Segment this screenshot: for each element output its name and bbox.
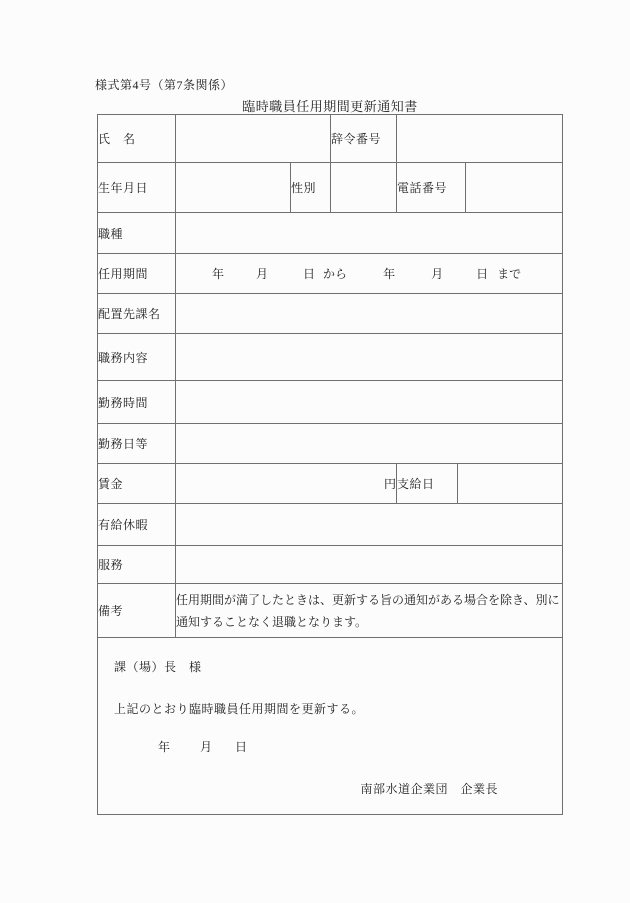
name-value-cell — [176, 115, 331, 163]
gender-value-cell — [331, 163, 397, 213]
payday-value-cell — [458, 464, 563, 504]
footer-date-year-text: 年 — [158, 738, 170, 755]
label-wage: 賃金 — [98, 464, 176, 504]
remarks-line-1: 任用期間が満了したときは、更新する旨の通知がある場合を除き、別に — [176, 589, 562, 611]
period-from-day-text: 日 — [303, 265, 315, 282]
paid-leave-value-cell — [176, 504, 563, 546]
label-paid-leave: 有給休暇 — [98, 504, 176, 546]
label-jobtype: 職種 — [98, 213, 176, 254]
label-payday: 支給日 — [397, 464, 458, 504]
birthdate-value-cell — [176, 163, 291, 213]
label-appointment-period: 任用期間 — [98, 254, 176, 294]
service-value-cell — [176, 546, 563, 584]
working-hours-value-cell — [176, 381, 563, 424]
label-working-days: 勤務日等 — [98, 424, 176, 464]
footer-cell: 課（場）長 様 上記のとおり臨時職員任用期間を更新する。 年 月 日 南部水道企… — [98, 638, 563, 815]
renewal-statement-text: 上記のとおり臨時職員任用期間を更新する。 — [114, 700, 364, 717]
form-number-text: 様式第4号（第7条関係） — [95, 76, 233, 93]
table-row-appointment-period: 任用期間 年 月 日 から 年 月 日 まで — [98, 254, 563, 294]
working-days-value-cell — [176, 424, 563, 464]
label-assigned-section: 配置先課名 — [98, 294, 176, 334]
table-row-working-hours: 勤務時間 — [98, 381, 563, 424]
form-table: 氏 名 辞令番号 生年月日 性別 電話番号 職種 任用期間 年 月 日 から 年 — [97, 114, 563, 815]
footer-content: 課（場）長 様 上記のとおり臨時職員任用期間を更新する。 年 月 日 南部水道企… — [98, 638, 562, 814]
remarks-value-cell: 任用期間が満了したときは、更新する旨の通知がある場合を除き、別に 通知することな… — [176, 584, 563, 638]
table-row-job-duties: 職務内容 — [98, 334, 563, 381]
period-to-day-text: 日 — [476, 265, 488, 282]
table-row-remarks: 備考 任用期間が満了したときは、更新する旨の通知がある場合を除き、別に 通知する… — [98, 584, 563, 638]
footer-date-line: 年 月 日 — [98, 738, 562, 754]
phone-value-cell — [466, 163, 563, 213]
label-job-duties: 職務内容 — [98, 334, 176, 381]
document-title: 臨時職員任用期間更新通知書 — [97, 96, 563, 115]
decree-number-value-cell — [397, 115, 563, 163]
label-name: 氏 名 — [98, 115, 176, 163]
label-decree-number: 辞令番号 — [331, 115, 397, 163]
label-working-hours: 勤務時間 — [98, 381, 176, 424]
table-row-service: 服務 — [98, 546, 563, 584]
period-from-month-text: 月 — [256, 265, 268, 282]
yen-unit-text: 円 — [384, 477, 396, 491]
table-row-footer: 課（場）長 様 上記のとおり臨時職員任用期間を更新する。 年 月 日 南部水道企… — [98, 638, 563, 815]
label-birthdate: 生年月日 — [98, 163, 176, 213]
table-row-working-days: 勤務日等 — [98, 424, 563, 464]
table-row-jobtype: 職種 — [98, 213, 563, 254]
table-row-paid-leave: 有給休暇 — [98, 504, 563, 546]
table-row-wage: 賃金 円 支給日 — [98, 464, 563, 504]
label-remarks: 備考 — [98, 584, 176, 638]
document-page: 様式第4号（第7条関係） 臨時職員任用期間更新通知書 氏 名 辞令番号 生年月日… — [0, 0, 630, 903]
footer-date-month-text: 月 — [200, 738, 212, 755]
addressee-text: 課（場）長 様 — [114, 658, 202, 675]
period-to-month-text: 月 — [431, 265, 443, 282]
period-from-year-text: 年 — [212, 265, 224, 282]
assigned-section-value-cell — [176, 294, 563, 334]
period-to-year-text: 年 — [383, 265, 395, 282]
label-phone: 電話番号 — [397, 163, 466, 213]
period-from-suffix-text: から — [323, 265, 347, 282]
label-service: 服務 — [98, 546, 176, 584]
table-row-name: 氏 名 辞令番号 — [98, 115, 563, 163]
table-row-birthdate: 生年月日 性別 電話番号 — [98, 163, 563, 213]
label-gender: 性別 — [291, 163, 331, 213]
footer-date-day-text: 日 — [235, 738, 247, 755]
jobtype-value-cell — [176, 213, 563, 254]
appointment-period-cell: 年 月 日 から 年 月 日 まで — [176, 254, 563, 294]
signer-text: 南部水道企業団 企業長 — [361, 780, 499, 797]
period-to-suffix-text: まで — [497, 265, 521, 282]
remarks-line-2: 通知することなく退職となります。 — [176, 611, 562, 633]
wage-value-cell: 円 — [176, 464, 397, 504]
job-duties-value-cell — [176, 334, 563, 381]
table-row-assigned-section: 配置先課名 — [98, 294, 563, 334]
